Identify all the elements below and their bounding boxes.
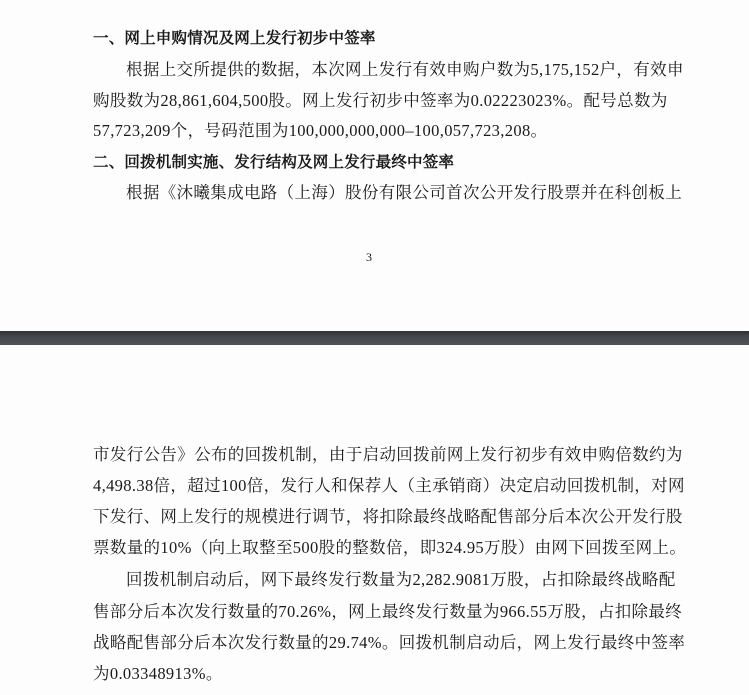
paragraph-line: 售部分后本次发行数量的70.26%，网上最终发行数量为966.55万股，占扣除最… xyxy=(93,602,682,622)
paragraph-line: 根据《沐曦集成电路（上海）股份有限公司首次公开发行股票并在科创板上 xyxy=(126,183,682,203)
paragraph-line: 战略配售部分后本次发行数量的29.74%。回拨机制启动后，网上发行最终中签率 xyxy=(93,633,685,653)
paragraph-line: 4,498.38倍，超过100倍，发行人和保荐人（主承销商）决定启动回拨机制，对… xyxy=(93,476,685,496)
section-heading-2: 二、回拨机制实施、发行结构及网上发行最终中签率 xyxy=(93,152,454,172)
document-page-bottom: 市发行公告》公布的回拨机制，由于启动回拨前网上发行初步有效申购倍数约为 4,49… xyxy=(0,345,749,695)
document-page-top: 一、网上申购情况及网上发行初步中签率 根据上交所提供的数据，本次网上发行有效申购… xyxy=(0,0,749,331)
page-separator xyxy=(0,331,749,345)
paragraph-line: 回拨机制启动后，网下最终发行数量为2,282.9081万股，占扣除最终战略配 xyxy=(126,570,676,590)
paragraph-line: 市发行公告》公布的回拨机制，由于启动回拨前网上发行初步有效申购倍数约为 xyxy=(93,445,683,465)
paragraph-line: 购股数为28,861,604,500股。网上发行初步中签率为0.02223023… xyxy=(93,91,668,111)
paragraph-line: 57,723,209个，号码范围为100,000,000,000–100,057… xyxy=(93,121,547,141)
paragraph-line: 根据上交所提供的数据，本次网上发行有效申购户数为5,175,152户，有效申 xyxy=(126,60,684,80)
paragraph-line: 下发行、网上发行的规模进行调节，将扣除最终战略配售部分后本次公开发行股 xyxy=(93,507,683,527)
section-heading-1: 一、网上申购情况及网上发行初步中签率 xyxy=(93,28,376,48)
paragraph-line: 票数量的10%（向上取整至500股的整数倍，即324.95万股）由网下回拨至网上… xyxy=(93,538,686,558)
paragraph-line: 为0.03348913%。 xyxy=(93,664,223,684)
page-number: 3 xyxy=(366,250,372,265)
